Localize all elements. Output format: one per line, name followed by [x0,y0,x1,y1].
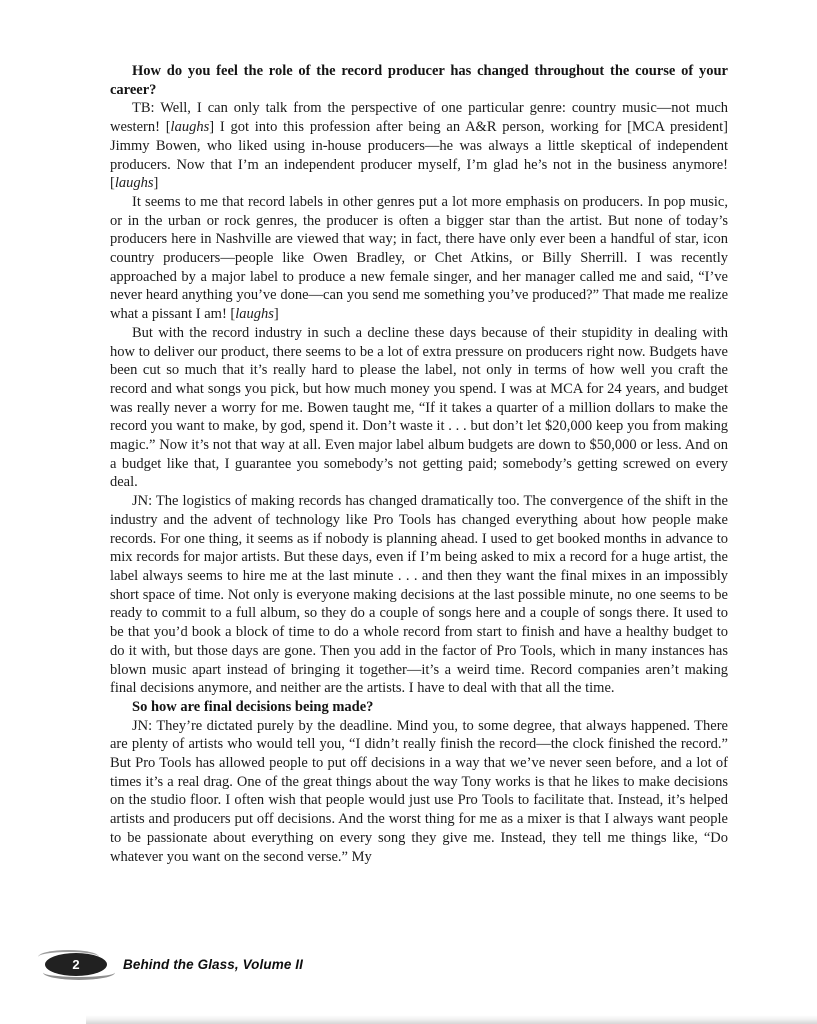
interview-paragraph: JN: The logistics of making records has … [110,492,728,698]
page-footer: 2 Behind the Glass, Volume II [45,951,303,977]
book-title: Behind the Glass, Volume II [123,957,303,972]
page-number: 2 [72,957,79,972]
interview-text: How do you feel the role of the record p… [110,62,728,866]
interview-question: How do you feel the role of the record p… [110,62,728,99]
interview-paragraph: But with the record industry in such a d… [110,324,728,492]
page-edge-shadow [86,1015,817,1024]
interview-paragraph: JN: They’re dictated purely by the deadl… [110,717,728,867]
interview-paragraph: It seems to me that record labels in oth… [110,193,728,324]
page-number-badge: 2 [45,953,107,976]
interview-question: So how are final decisions being made? [110,698,728,717]
book-page: How do you feel the role of the record p… [0,0,817,1024]
interview-paragraph: TB: Well, I can only talk from the persp… [110,99,728,193]
